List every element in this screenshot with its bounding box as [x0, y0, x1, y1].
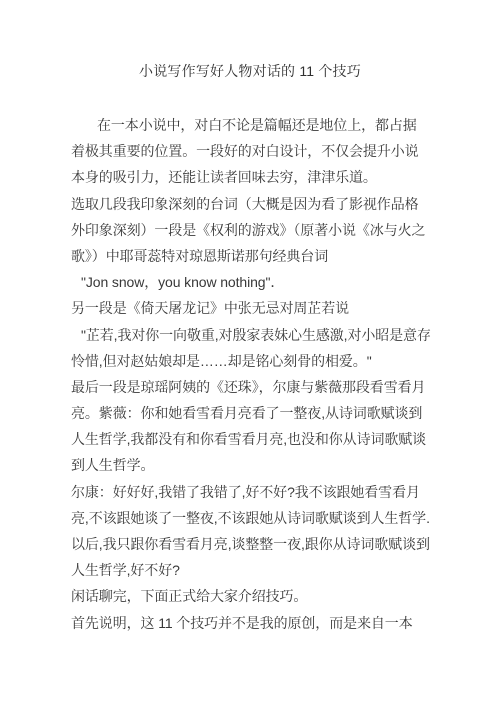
page-title: 小说写作写好人物对话的 11 个技巧 [0, 61, 500, 81]
text-line: 到人生哲学。 [71, 452, 491, 478]
text-line: 本身的吸引力，还能让读者回味去穷，津津乐道。 [71, 164, 491, 190]
text-line: 选取几段我印象深刻的台词（大概是因为看了影视作品格 [71, 191, 491, 217]
text-line: 最后一段是琼瑶阿姨的《还珠》，尔康与紫薇那段看雪看月 [71, 374, 491, 400]
text-line: 人生哲学,好不好? [71, 557, 491, 583]
text-line-quote: "Jon snow，you know nothing"． [71, 269, 491, 295]
text-line: 另一段是《倚天屠龙记》中张无忌对周芷若说 [71, 295, 491, 321]
text-line: 亮,不该跟她谈了一整夜,不该跟她从诗词歌赋谈到人生哲学. [71, 505, 491, 531]
text-line: 外印象深刻）一段是《权利的游戏》（原著小说《冰与火之 [71, 217, 491, 243]
text-line: 以后,我只跟你看雪看月亮,谈整整一夜,跟你从诗词歌赋谈到 [71, 531, 491, 557]
text-line: 首先说明，这 11 个技巧并不是我的原创，而是来自一本 [71, 610, 491, 636]
document-page: 小说写作写好人物对话的 11 个技巧 在一本小说中，对白不论是篇幅还是地位上，都… [0, 0, 500, 707]
text-line: 闲话聊完，下面正式给大家介绍技巧。 [71, 583, 491, 609]
document-body: 在一本小说中，对白不论是篇幅还是地位上，都占据 着极其重要的位置。一段好的对白设… [71, 112, 491, 636]
text-line: 怜惜,但对赵姑娘却是……却是铭心刻骨的相爱。" [71, 348, 491, 374]
text-line-quote: "芷若,我对你一向敬重,对殷家表妹心生感激,对小昭是意存 [71, 322, 491, 348]
text-line: 亮。紫薇：你和她看雪看月亮看了一整夜,从诗词歌赋谈到 [71, 400, 491, 426]
text-line: 着极其重要的位置。一段好的对白设计，不仅会提升小说 [71, 138, 491, 164]
text-line: 尔康：好好好,我错了我错了,好不好?我不该跟她看雪看月 [71, 479, 491, 505]
text-line: 人生哲学,我都没有和你看雪看月亮,也没和你从诗词歌赋谈 [71, 426, 491, 452]
text-line: 歌》）中耶哥蕊特对琼恩斯诺那句经典台词 [71, 243, 491, 269]
text-line: 在一本小说中，对白不论是篇幅还是地位上，都占据 [71, 112, 491, 138]
